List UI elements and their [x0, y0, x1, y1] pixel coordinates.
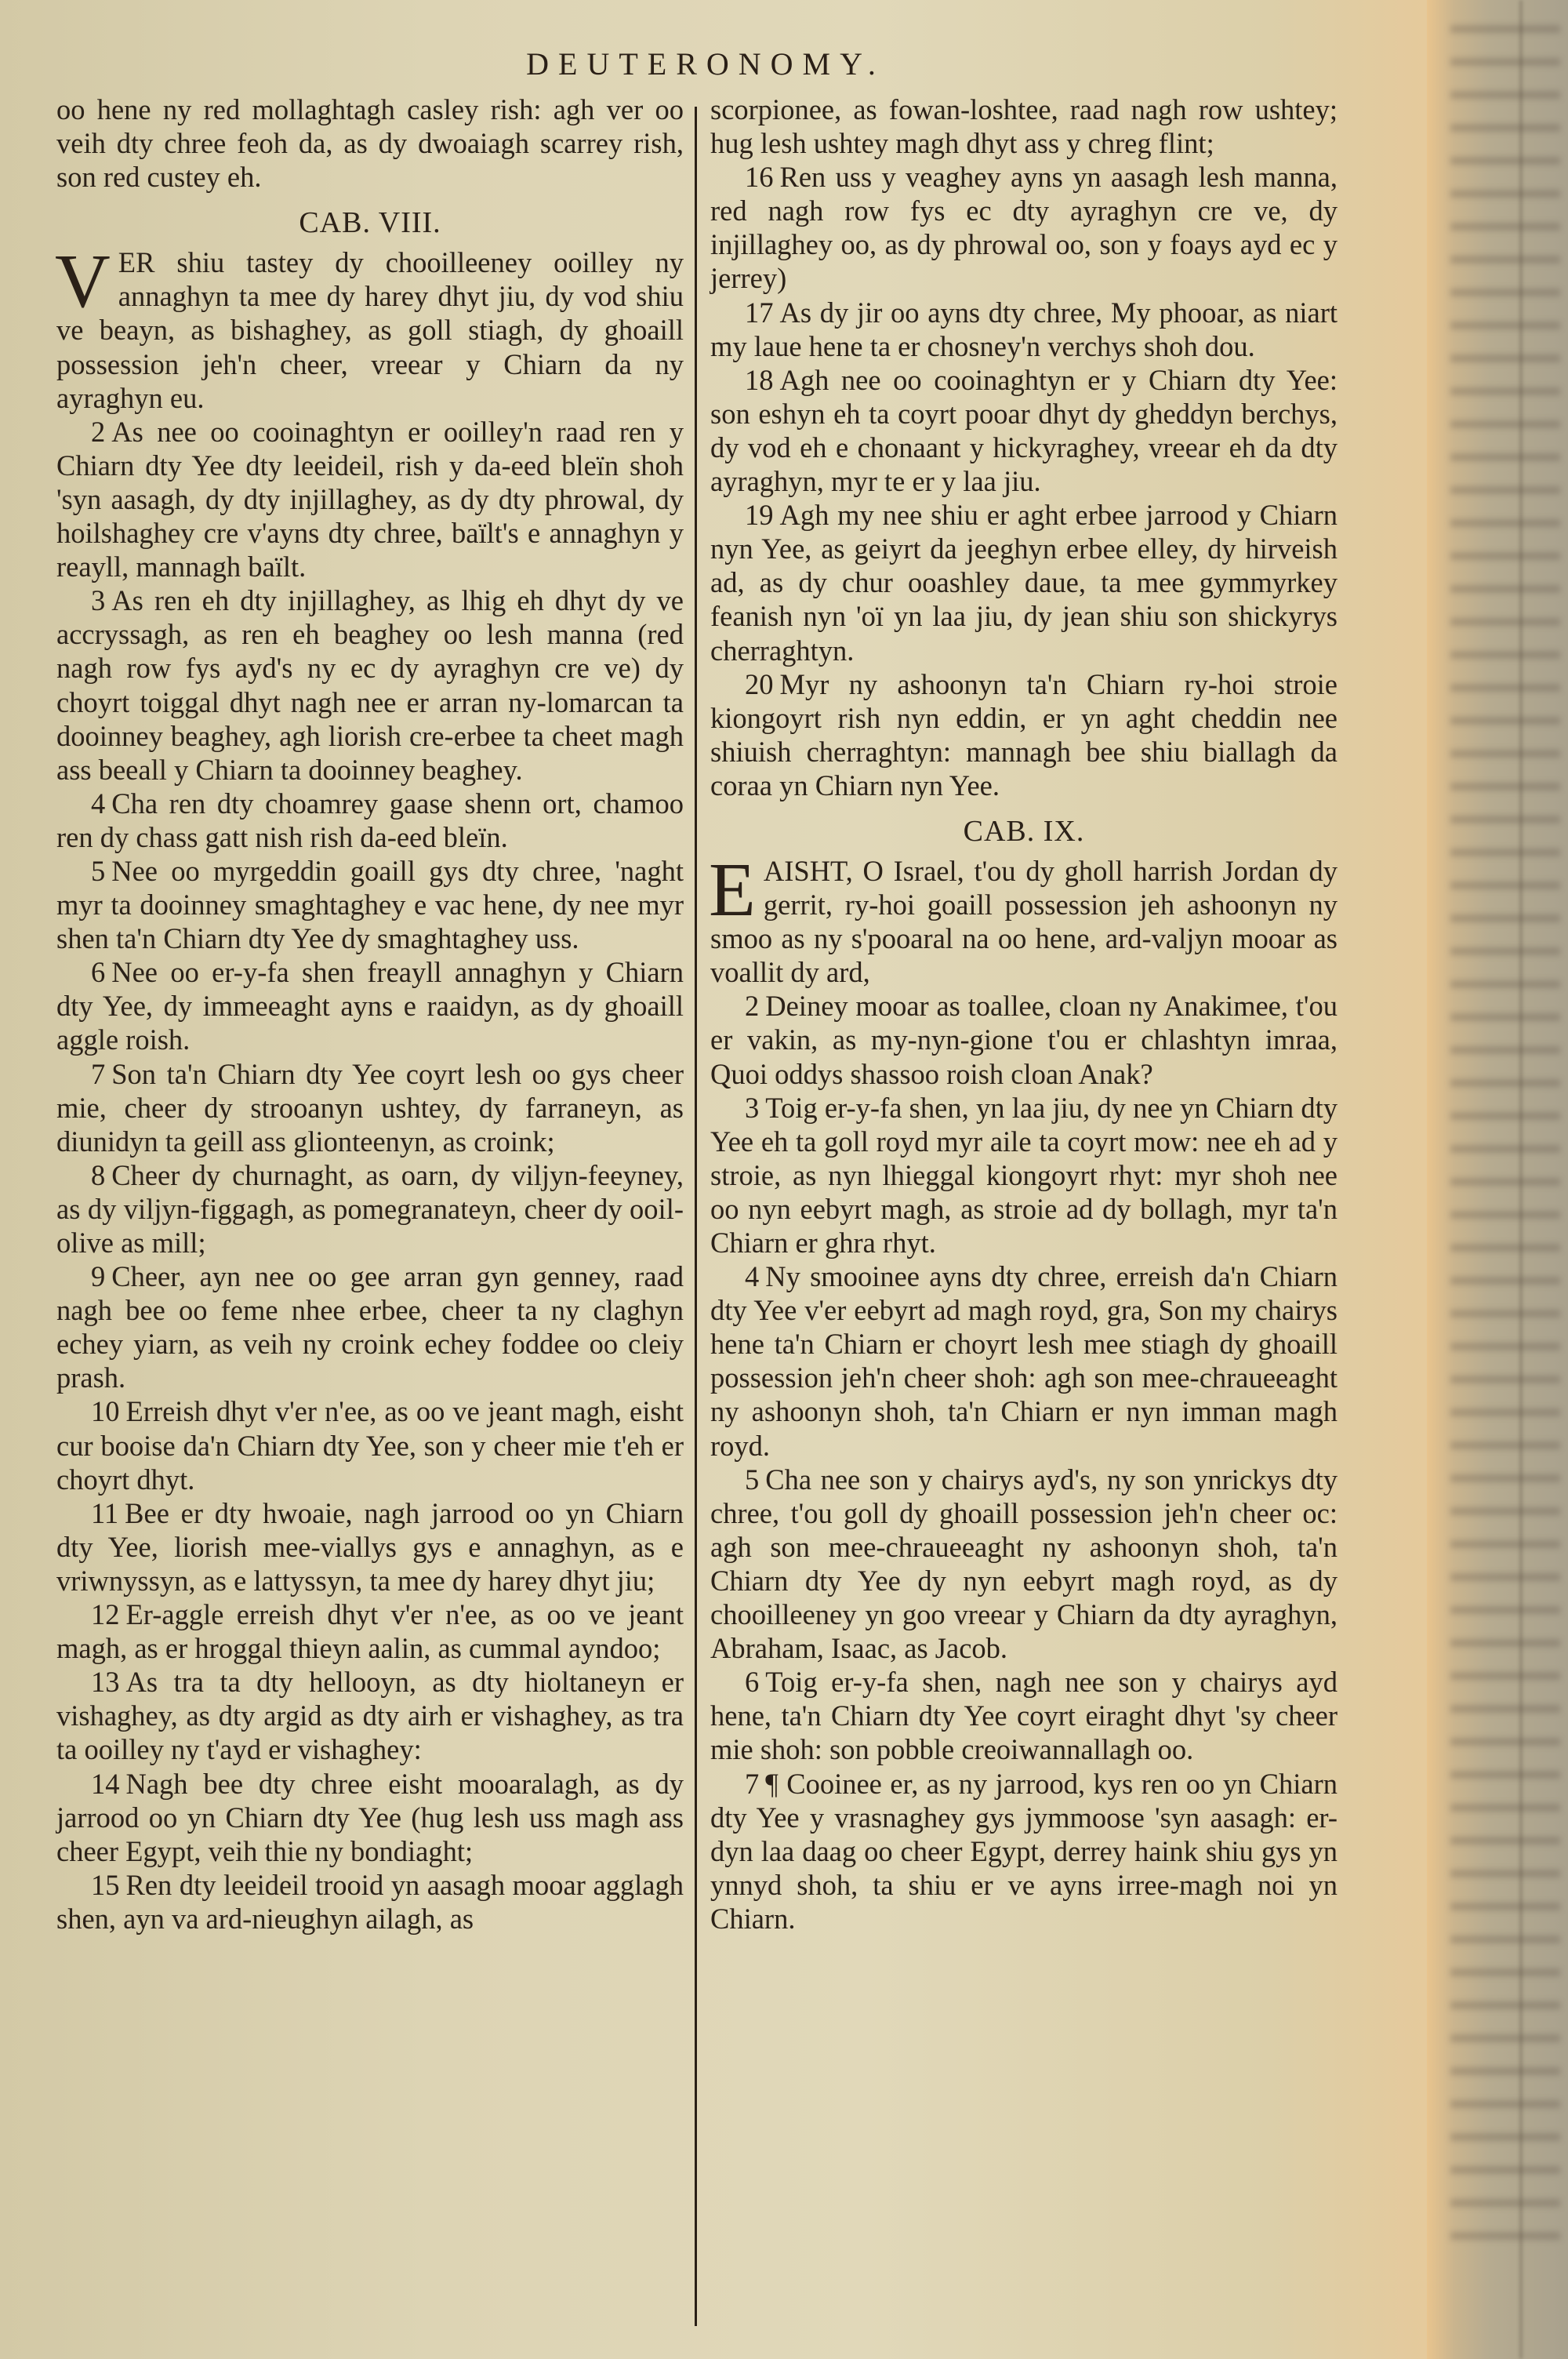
left-column: oo hene ny red mollaghtagh casley rish: … [56, 93, 684, 1936]
blurred-text-line [1450, 91, 1560, 99]
blurred-text-line [1450, 1277, 1560, 1285]
blurred-text-line [1450, 2067, 1560, 2075]
verse-number: 8 [91, 1159, 105, 1191]
verse-text: As tra ta dty hellooyn, as dty hiol­tane… [56, 1666, 684, 1765]
verse-number: 18 [745, 364, 774, 396]
verse-text: ¶ Cooinee er, as ny jarrood, kys ren oo … [710, 1768, 1338, 1935]
blurred-text-line [1450, 58, 1560, 66]
blurred-text-line [1450, 1112, 1560, 1120]
verse-number: 7 [745, 1768, 759, 1800]
verse-number: 20 [745, 668, 774, 700]
verse-number: 9 [91, 1260, 105, 1292]
verse-number: 17 [745, 296, 774, 329]
blurred-text-line [1450, 1804, 1560, 1812]
verse-text: Agh my nee shiu er aght erbee jar­rood y… [710, 499, 1338, 666]
verse-text: Agh nee oo cooinaghtyn er y Chiarn dty Y… [710, 364, 1338, 497]
blurred-text-line [1450, 519, 1560, 527]
chapter-heading-9: CAB. IX. [710, 810, 1338, 852]
blurred-text-line [1450, 2001, 1560, 2009]
verse-number: 4 [745, 1260, 759, 1292]
verse-text: Cha ren dty choamrey gaase shenn ort, ch… [56, 787, 684, 853]
blurred-text-line [1450, 1408, 1560, 1416]
verse-text: Cheer dy churnaght, as oarn, dy viljyn-f… [56, 1159, 684, 1259]
blurred-text-line [1450, 1343, 1560, 1350]
blurred-text-line [1450, 2166, 1560, 2174]
blurred-text-line [1450, 223, 1560, 231]
blurred-text-line [1450, 124, 1560, 132]
verse-text: Er-aggle erreish dhyt v'er n'ee, as oo v… [56, 1598, 684, 1664]
blurred-text-line [1450, 552, 1560, 560]
verse-text: Bee er dty hwoaie, nagh jarrood oo yn Ch… [56, 1497, 684, 1597]
verse-text: Cha nee son y chairys ayd's, ny son ynri… [710, 1463, 1338, 1664]
blurred-text-line [1450, 2100, 1560, 2108]
verse: 2Deiney mooar as toallee, cloan ny Ana­k… [710, 989, 1338, 1090]
blurred-text-line [1450, 1870, 1560, 1877]
opening-text: ER shiu tastey dy chooilleeney ooilley n… [56, 246, 684, 413]
verse-text: Myr ny ashoonyn ta'n Chiarn ry-hoi stroi… [710, 668, 1338, 801]
blurred-text-line [1450, 190, 1560, 198]
verse-number: 14 [91, 1768, 120, 1800]
verse-text: Cheer, ayn nee oo gee arran gyn genney, … [56, 1260, 684, 1394]
verse-number: 6 [745, 1666, 759, 1698]
verse-text: Son ta'n Chiarn dty Yee coyrt lesh oo gy… [56, 1058, 684, 1158]
drop-cap-initial: E [709, 859, 756, 921]
blurred-text-line [1450, 651, 1560, 659]
blurred-text-line [1450, 1606, 1560, 1614]
verse-number: 13 [91, 1666, 120, 1698]
blurred-text-line [1450, 1441, 1560, 1449]
book-page: DEUTERONOMY. oo hene ny red mollaghtagh … [0, 0, 1443, 2359]
blurred-text-line [1450, 1540, 1560, 1548]
verse-number: 3 [91, 584, 105, 616]
chapter-8-opening: VER shiu tastey dy chooilleeney ooilley … [56, 245, 684, 414]
verse: 4Ny smooinee ayns dty chree, erreish da'… [710, 1259, 1338, 1463]
blurred-text-line [1450, 1771, 1560, 1779]
opening-text: AISHT, O Israel, t'ou dy gholl harrish J… [710, 855, 1338, 988]
curled-next-page [1427, 0, 1568, 2359]
verse: 5Nee oo myrgeddin goaill gys dty chree, … [56, 854, 684, 955]
blurred-text-line [1450, 256, 1560, 264]
verse-number: 5 [745, 1463, 759, 1496]
blurred-text-line [1450, 2232, 1560, 2240]
verse: 14Nagh bee dty chree eisht mooaralagh, a… [56, 1767, 684, 1868]
blurred-text-line [1450, 1178, 1560, 1186]
running-head: DEUTERONOMY. [502, 45, 909, 82]
verse-number: 10 [91, 1395, 120, 1427]
blurred-text-line [1450, 914, 1560, 922]
verse: 4Cha ren dty choamrey gaase shenn ort, c… [56, 787, 684, 854]
verse: 9Cheer, ayn nee oo gee arran gyn genney,… [56, 1259, 684, 1394]
verse-number: 4 [91, 787, 105, 820]
verse-number: 15 [91, 1869, 120, 1901]
verse-number: 11 [91, 1497, 118, 1529]
blurred-text-line [1450, 1079, 1560, 1087]
blurred-text-line [1450, 750, 1560, 758]
verse: 20Myr ny ashoonyn ta'n Chiarn ry-hoi str… [710, 667, 1338, 802]
verse-text: Deiney mooar as toallee, cloan ny Ana­ki… [710, 990, 1338, 1089]
blurred-text-line [1450, 585, 1560, 593]
blurred-text-line [1450, 453, 1560, 461]
right-column: scorpionee, as fowan-loshtee, raad nagh … [710, 93, 1338, 1936]
verse-number: 2 [91, 416, 105, 448]
verse-number: 7 [91, 1058, 105, 1090]
blurred-text-line [1450, 157, 1560, 165]
verse: 13As tra ta dty hellooyn, as dty hiol­ta… [56, 1665, 684, 1766]
blurred-text-line [1450, 1310, 1560, 1318]
blurred-text-line [1450, 289, 1560, 296]
verse: 2As nee oo cooinaghtyn er ooilley'n raad… [56, 415, 684, 583]
verse: 16Ren uss y veaghey ayns yn aasagh lesh … [710, 160, 1338, 295]
blurred-text-line [1450, 1837, 1560, 1845]
blurred-text-line [1450, 1013, 1560, 1021]
blurred-text-line [1450, 1145, 1560, 1153]
blurred-text-line [1450, 1046, 1560, 1054]
verse: 19Agh my nee shiu er aght erbee jar­rood… [710, 498, 1338, 667]
blurred-text-line [1450, 1639, 1560, 1647]
verse: 5Cha nee son y chairys ayd's, ny son ynr… [710, 1463, 1338, 1666]
blurred-text-line [1450, 387, 1560, 395]
verse-text: Erreish dhyt v'er n'ee, as oo ve jeant m… [56, 1395, 684, 1495]
verse-number: 16 [745, 161, 774, 193]
column-divider-rule [695, 107, 697, 2326]
blurred-text-line [1450, 980, 1560, 988]
blurred-text-line [1450, 2034, 1560, 2042]
verse: 12Er-aggle erreish dhyt v'er n'ee, as oo… [56, 1598, 684, 1665]
verse: 3Toig er-y-fa shen, yn laa jiu, dy nee y… [710, 1091, 1338, 1259]
chapter-9-opening: EAISHT, O Israel, t'ou dy gholl harrish … [710, 854, 1338, 989]
verse: 7¶ Cooinee er, as ny jarrood, kys ren oo… [710, 1767, 1338, 1936]
verse-number: 2 [745, 990, 759, 1022]
verse: 6Nee oo er-y-fa shen freayll annaghyn y … [56, 955, 684, 1056]
blurred-text-line [1450, 684, 1560, 692]
blurred-text-line [1450, 717, 1560, 725]
verse-number: 5 [91, 855, 105, 887]
verse: 15Ren dty leeideil trooid yn aasagh mooa… [56, 1868, 684, 1936]
blurred-text-line [1450, 1507, 1560, 1515]
blurred-text-line [1450, 783, 1560, 791]
verse: 11Bee er dty hwoaie, nagh jarrood oo yn … [56, 1496, 684, 1598]
verse: 18Agh nee oo cooinaghtyn er y Chiarn dty… [710, 363, 1338, 498]
blurred-text-line [1450, 2133, 1560, 2141]
blurred-text-line [1450, 25, 1560, 33]
verse-text: As ren eh dty injillaghey, as lhig eh dh… [56, 584, 684, 785]
blurred-text-line [1450, 816, 1560, 823]
blurred-text-line [1450, 1705, 1560, 1713]
blurred-text-line [1450, 486, 1560, 494]
blurred-text-line [1450, 881, 1560, 889]
blurred-text-line [1450, 1672, 1560, 1680]
blurred-text-line [1450, 1936, 1560, 1943]
blurred-text-line [1450, 1903, 1560, 1910]
continuation-text: oo hene ny red mollaghtagh casley rish: … [56, 93, 684, 194]
chapter-heading-8: CAB. VIII. [56, 202, 684, 244]
blurred-text-line [1450, 1474, 1560, 1482]
verse-text: Nagh bee dty chree eisht mooaralagh, as … [56, 1768, 684, 1867]
verse-text: Ren dty leeideil trooid yn aasagh mooar … [56, 1869, 684, 1935]
verse: 8Cheer dy churnaght, as oarn, dy viljyn-… [56, 1158, 684, 1259]
blurred-text-line [1450, 1968, 1560, 1976]
blurred-text-line [1450, 322, 1560, 329]
verse-text: Ren uss y veaghey ayns yn aasagh lesh ma… [710, 161, 1338, 294]
verse-text: Toig er-y-fa shen, yn laa jiu, dy nee yn… [710, 1092, 1338, 1259]
blurred-text-line [1450, 1573, 1560, 1581]
verse: 3As ren eh dty injillaghey, as lhig eh d… [56, 583, 684, 787]
blurred-text-line [1450, 420, 1560, 428]
blurred-text-line [1450, 1376, 1560, 1383]
verse: 6Toig er-y-fa shen, nagh nee son y chair… [710, 1665, 1338, 1766]
verse-number: 6 [91, 956, 105, 988]
verse-number: 12 [91, 1598, 120, 1630]
verse: 10Erreish dhyt v'er n'ee, as oo ve jeant… [56, 1394, 684, 1496]
verse-text: Toig er-y-fa shen, nagh nee son y chairy… [710, 1666, 1338, 1765]
drop-cap-initial: V [55, 250, 111, 313]
blurred-text-line [1450, 2199, 1560, 2207]
verse-number: 3 [745, 1092, 759, 1124]
blurred-text-line [1450, 1244, 1560, 1252]
verse: 17As dy jir oo ayns dty chree, My phooar… [710, 296, 1338, 363]
verse-text: Nee oo myrgeddin goaill gys dty chree, '… [56, 855, 684, 954]
verse-number: 19 [745, 499, 774, 531]
continuation-text: scorpionee, as fowan-loshtee, raad nagh … [710, 93, 1338, 160]
verse-text: As dy jir oo ayns dty chree, My phooar, … [710, 296, 1338, 362]
blurred-text-line [1450, 849, 1560, 856]
verse-text: Ny smooinee ayns dty chree, erreish da'n… [710, 1260, 1338, 1461]
verse-text: As nee oo cooinaghtyn er ooilley'n raad … [56, 416, 684, 583]
verse-text: Nee oo er-y-fa shen freayll annaghyn y C… [56, 956, 684, 1056]
blurred-text-line [1450, 618, 1560, 626]
blurred-text-line [1450, 354, 1560, 362]
blurred-text-line [1450, 1211, 1560, 1219]
blurred-text-line [1450, 947, 1560, 955]
verse: 7Son ta'n Chiarn dty Yee coyrt lesh oo g… [56, 1057, 684, 1158]
blurred-text-line [1450, 1738, 1560, 1746]
